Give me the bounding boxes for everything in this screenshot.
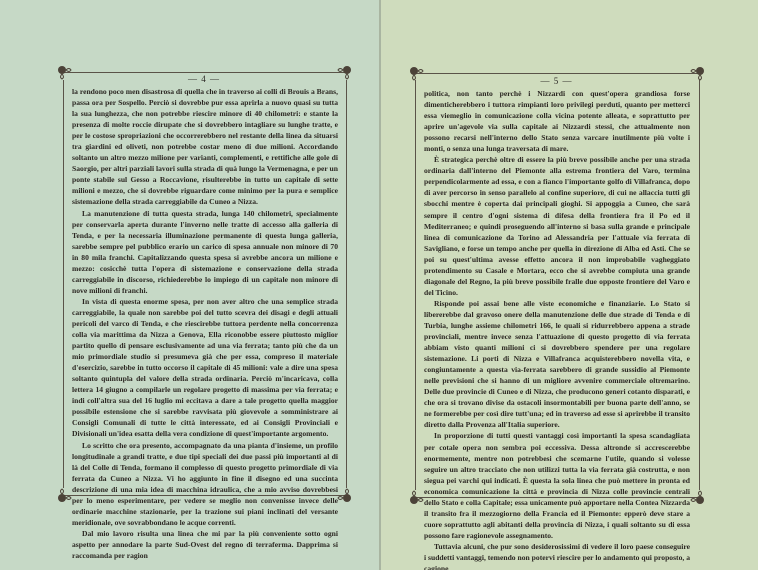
paragraph: Tuttavia alcuni, che pur sono desiderosi…: [424, 541, 690, 570]
top-rule: [415, 73, 698, 74]
paragraph: politica, non tanto perchè i Nizzardi co…: [424, 88, 690, 154]
paragraph: Dal mio lavoro risulta una linea che mi …: [72, 528, 338, 561]
top-rule: [63, 72, 345, 73]
corner-ornament-icon: [336, 487, 354, 505]
corner-ornament-icon: [407, 489, 425, 507]
paragraph: Lo scritto che ora presento, accompagnat…: [72, 440, 338, 528]
corner-ornament-icon: [689, 489, 707, 507]
right-page: — 5 — politica, non tanto perchè i Nizza…: [381, 0, 758, 570]
paragraph: In vista di questa enorme spesa, per non…: [72, 296, 338, 440]
body-text: la rendono poco men disastrosa di quella…: [72, 86, 338, 561]
body-text: politica, non tanto perchè i Nizzardi co…: [424, 88, 690, 570]
paragraph: Risponde poi assai bene alle viste econo…: [424, 298, 690, 431]
paragraph: È strategica perchè oltre di essere la p…: [424, 154, 690, 298]
paragraph: La manutenzione di tutta questa strada, …: [72, 208, 338, 296]
page-number: — 4 —: [63, 74, 345, 84]
page-number: — 5 —: [415, 76, 698, 86]
paragraph: In proporzione di tutti questi vantaggi …: [424, 430, 690, 540]
corner-ornament-icon: [55, 487, 73, 505]
left-page: — 4 — la rendono poco men disastrosa di …: [0, 0, 381, 570]
paragraph: la rendono poco men disastrosa di quella…: [72, 86, 338, 208]
